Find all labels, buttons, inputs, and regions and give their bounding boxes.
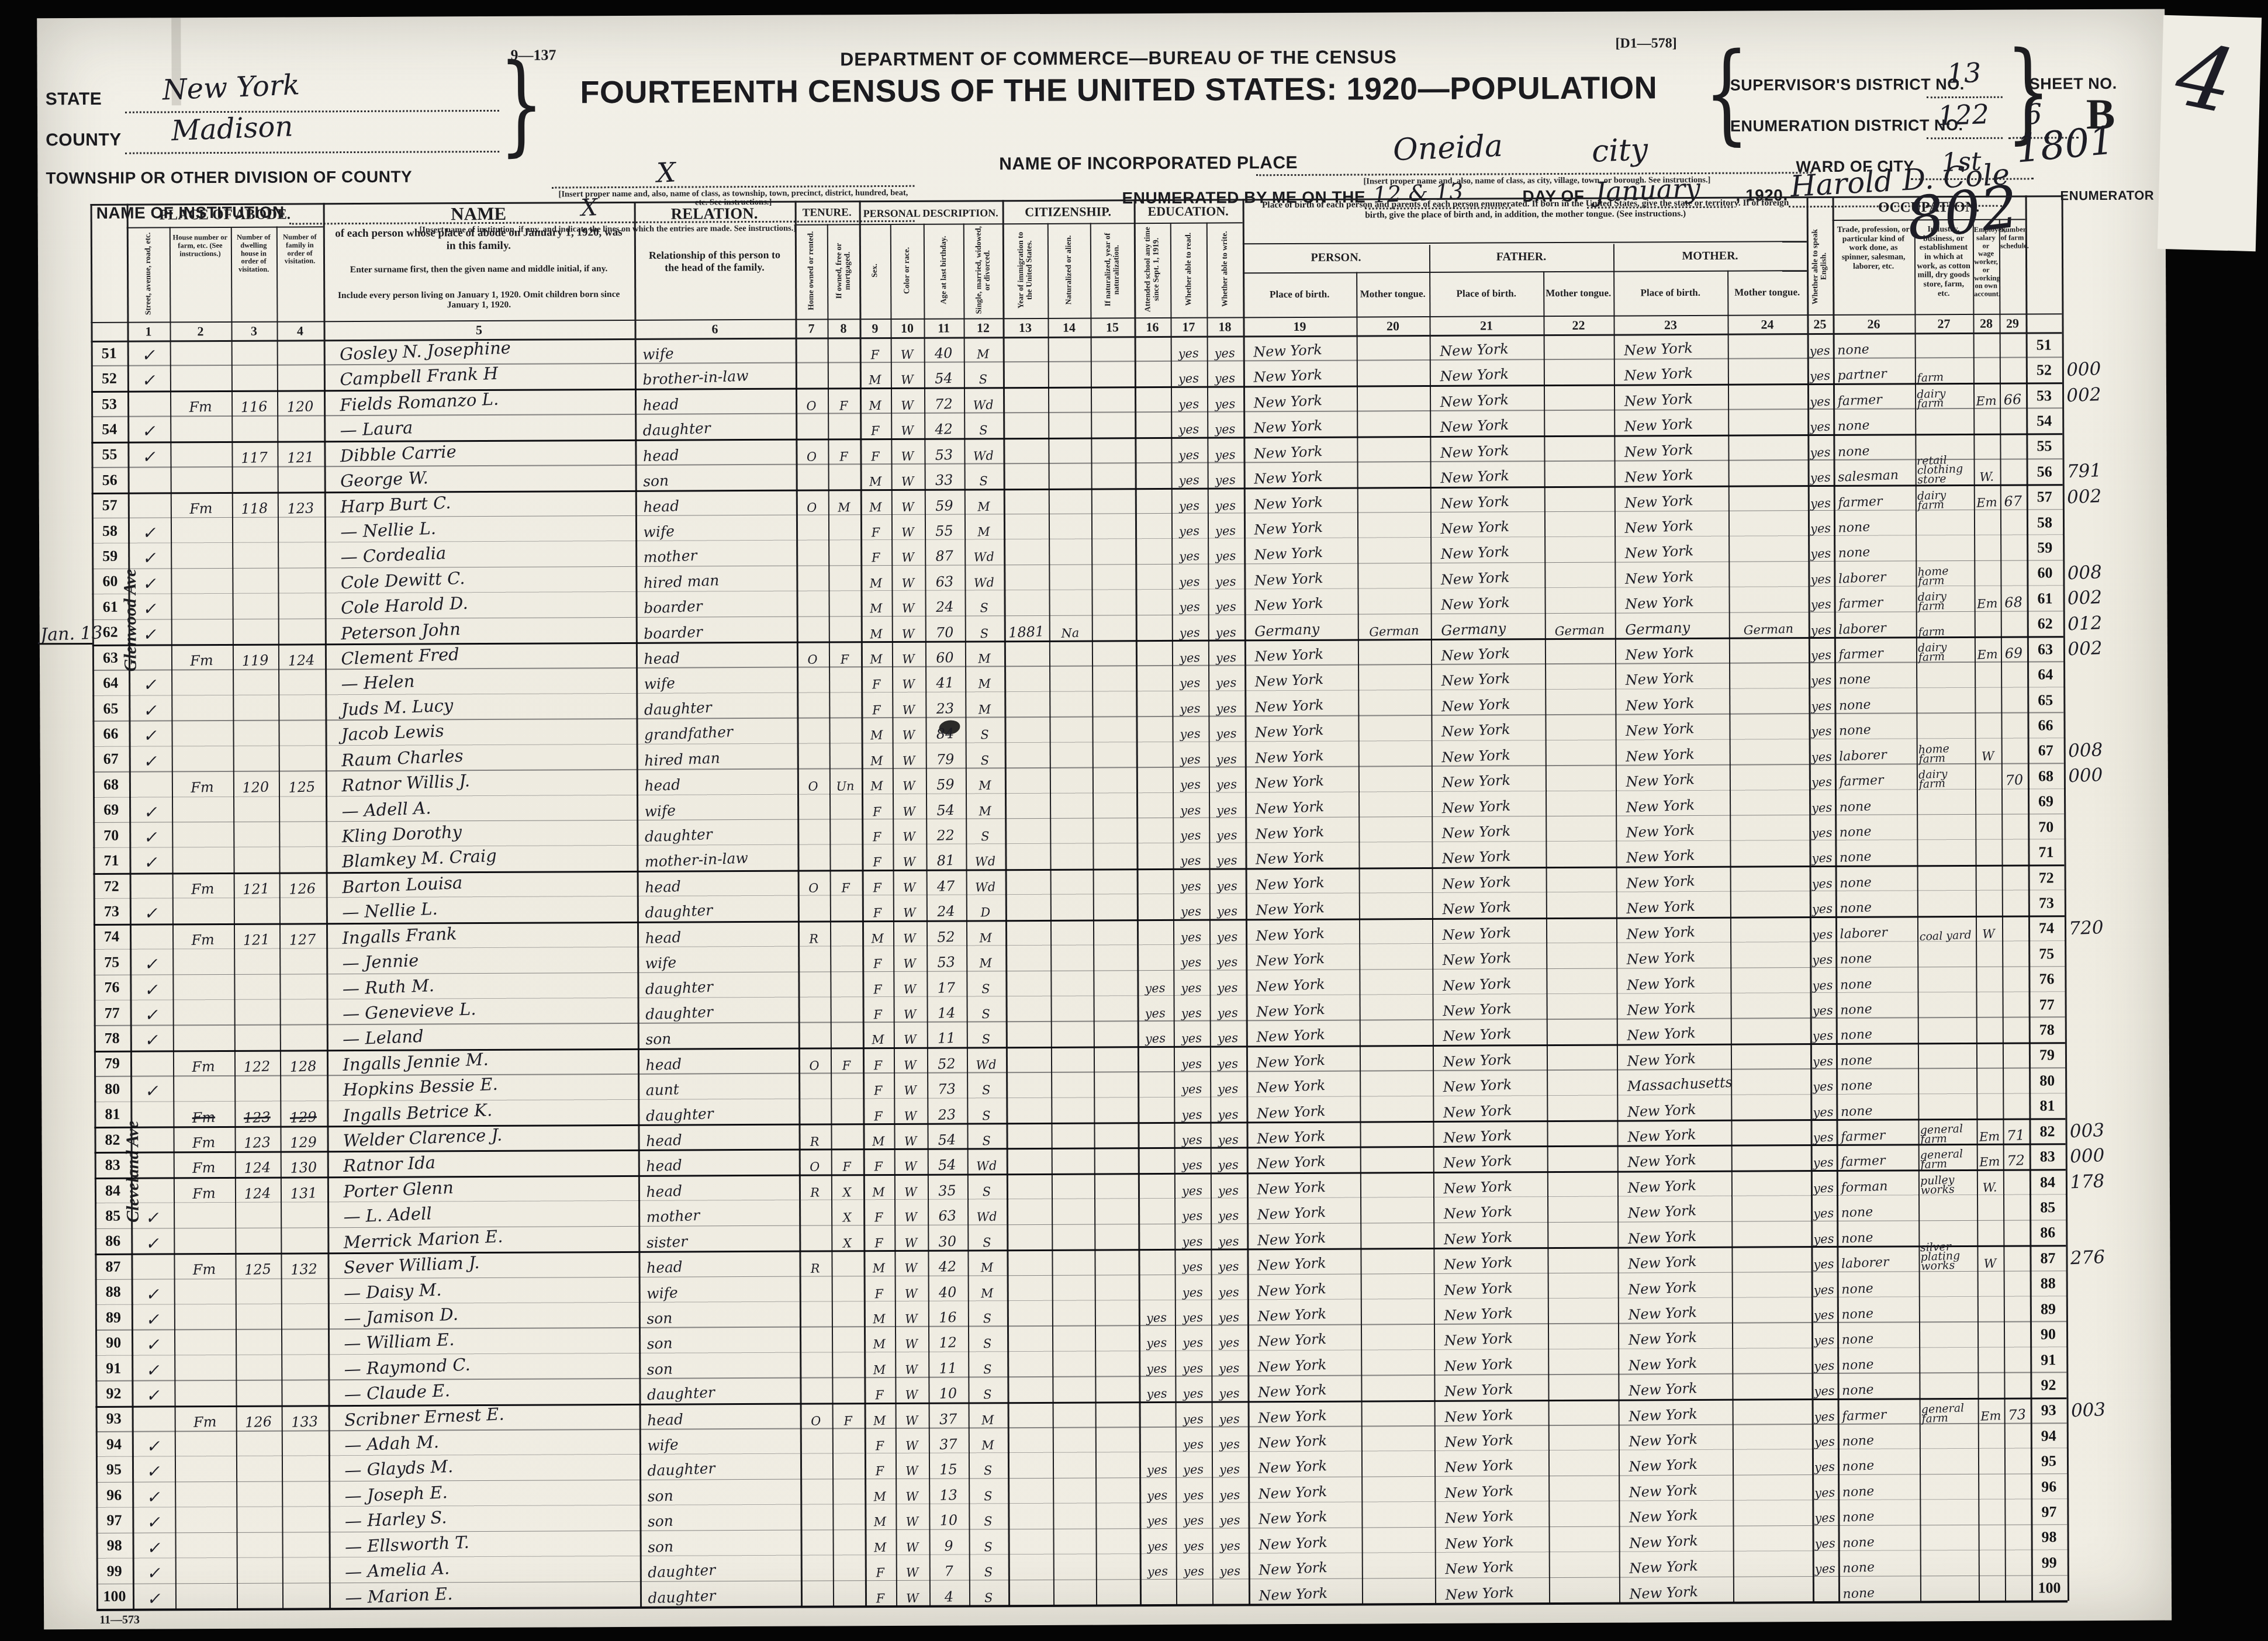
cell-school: yes bbox=[1138, 1451, 1176, 1478]
cell-race: W bbox=[891, 641, 925, 667]
cell-age: 14 bbox=[926, 995, 967, 1022]
margin-number: 002 bbox=[2068, 637, 2124, 660]
cell-race: W bbox=[894, 1275, 928, 1301]
row-number-right: 65 bbox=[2027, 687, 2063, 713]
cell-age: 63 bbox=[927, 1198, 968, 1225]
group-education: EDUCATION. bbox=[1134, 203, 1243, 219]
row-number-right: 79 bbox=[2029, 1043, 2065, 1068]
cell-age: 70 bbox=[924, 615, 965, 642]
cell-emp: Em bbox=[1972, 382, 2000, 408]
column-number-11: 11 bbox=[924, 320, 963, 335]
row-number-right: 92 bbox=[2030, 1372, 2066, 1398]
cell-age: 52 bbox=[925, 919, 966, 946]
cell-english: yes bbox=[1807, 611, 1834, 638]
header-line bbox=[1243, 241, 1807, 244]
cell-write: yes bbox=[1206, 512, 1244, 539]
row-number-left: 85 bbox=[95, 1203, 131, 1229]
row-number-right: 98 bbox=[2031, 1525, 2067, 1550]
pob-sub-label: Place of birth. bbox=[1613, 287, 1727, 299]
cell-read: yes bbox=[1174, 1375, 1212, 1402]
cell-age: 60 bbox=[924, 640, 965, 667]
column-line-minor bbox=[276, 227, 283, 1609]
row-number-right: 58 bbox=[2027, 510, 2063, 535]
group-name-desc1: of each person whose place of abode on J… bbox=[330, 226, 627, 253]
row-number-right: 74 bbox=[2028, 916, 2065, 941]
cell-family: 120 bbox=[276, 389, 324, 416]
cell-trade: farmer bbox=[1832, 380, 1920, 409]
cell-write: yes bbox=[1208, 892, 1246, 919]
row-number-left: 97 bbox=[96, 1508, 132, 1533]
row-number-left: 94 bbox=[96, 1432, 132, 1457]
cell-marital: S bbox=[966, 995, 1006, 1022]
cell-sex: F bbox=[859, 336, 891, 362]
cell-marital: Wd bbox=[966, 1046, 1006, 1073]
cell-trade: none bbox=[1835, 989, 1923, 1018]
cell-age: 15 bbox=[928, 1452, 969, 1479]
cell-read: yes bbox=[1172, 918, 1209, 945]
row-number-left: 68 bbox=[93, 772, 129, 798]
cell-mortgage: F bbox=[827, 387, 860, 414]
cell-text: dairy farm bbox=[1917, 591, 1976, 612]
cell-english: yes bbox=[1811, 1525, 1838, 1551]
cell-trade: none bbox=[1837, 1370, 1924, 1398]
cell-sex: M bbox=[861, 920, 893, 946]
row-number-right: 62 bbox=[2027, 611, 2063, 637]
row-number-right: 82 bbox=[2029, 1119, 2065, 1144]
cell-read: yes bbox=[1171, 766, 1209, 793]
cell-pob_f: New York bbox=[1433, 1244, 1558, 1274]
cell-race: W bbox=[895, 1503, 929, 1530]
cell-street: ✓ bbox=[132, 1557, 175, 1584]
cell-street: ✓ bbox=[132, 1506, 175, 1533]
cell-marital: S bbox=[964, 589, 1004, 616]
cell-sex: F bbox=[863, 1275, 895, 1301]
cell-read: yes bbox=[1174, 1451, 1212, 1478]
cell-marital: S bbox=[968, 1553, 1008, 1580]
margin-number: 720 bbox=[2069, 916, 2125, 939]
row-number-left: 54 bbox=[91, 417, 127, 442]
cell-english: yes bbox=[1807, 459, 1834, 486]
cell-write: yes bbox=[1208, 664, 1245, 691]
cell-race: W bbox=[891, 792, 926, 819]
cell-sex: M bbox=[863, 1326, 895, 1352]
cell-write: yes bbox=[1211, 1552, 1249, 1579]
cell-sex: M bbox=[860, 641, 892, 667]
cell-write: yes bbox=[1211, 1451, 1248, 1478]
cell-sex: F bbox=[859, 412, 891, 438]
cell-mortgage: F bbox=[830, 1148, 863, 1175]
row-number-right: 96 bbox=[2031, 1474, 2067, 1500]
cell-trade: laborer bbox=[1834, 736, 1921, 764]
cell-english: yes bbox=[1810, 1246, 1837, 1272]
row-number-right: 77 bbox=[2029, 992, 2065, 1017]
column-label-english: Whether able to speak English. bbox=[1807, 222, 1833, 311]
cell-mortgage: Un bbox=[828, 767, 862, 794]
cell-marital: M bbox=[964, 665, 1005, 692]
cell-english: yes bbox=[1810, 1093, 1837, 1120]
column-number-20: 20 bbox=[1356, 318, 1429, 334]
cell-mt: German bbox=[1357, 611, 1431, 639]
cell-industry: general farm bbox=[1918, 1396, 1980, 1424]
margin-number: 002 bbox=[2067, 586, 2123, 610]
cell-race: W bbox=[890, 412, 925, 439]
cell-race: W bbox=[893, 945, 927, 972]
cell-marital: S bbox=[967, 1325, 1007, 1352]
cell-read: yes bbox=[1174, 1400, 1212, 1427]
cell-marital: Wd bbox=[967, 1198, 1007, 1225]
cell-english: yes bbox=[1809, 1043, 1836, 1069]
group-relation-desc: Relationship of this person to the head … bbox=[643, 249, 786, 273]
cell-trade: forman bbox=[1835, 1167, 1923, 1196]
column-label-text: Street, avenue, road, etc. bbox=[144, 233, 153, 316]
cell-race: W bbox=[894, 1325, 928, 1352]
margin-number: 000 bbox=[2069, 1144, 2125, 1168]
cell-marital: S bbox=[968, 1578, 1008, 1605]
header-line bbox=[127, 226, 323, 228]
column-line-minor bbox=[1973, 219, 1980, 1601]
cell-house: Fm bbox=[169, 389, 231, 416]
cell-dwelling: 123 bbox=[234, 1125, 281, 1152]
cell-street: ✓ bbox=[129, 1024, 173, 1051]
row-number-right: 63 bbox=[2027, 636, 2063, 662]
cell-english: yes bbox=[1808, 789, 1835, 815]
cell-marital: Wd bbox=[966, 1147, 1007, 1174]
cell-read: yes bbox=[1173, 1045, 1210, 1072]
cell-age: 37 bbox=[928, 1401, 969, 1428]
cell-age: 42 bbox=[927, 1249, 968, 1276]
row-number-left: 86 bbox=[95, 1228, 131, 1254]
cell-sex: F bbox=[860, 666, 893, 693]
cell-street: ✓ bbox=[130, 1303, 174, 1330]
column-number-24: 24 bbox=[1727, 317, 1807, 333]
cell-english: yes bbox=[1810, 1220, 1837, 1247]
row-number-right: 85 bbox=[2030, 1195, 2066, 1221]
cell-english: yes bbox=[1807, 434, 1834, 460]
cell-age: 53 bbox=[926, 944, 967, 971]
column-label-family: Number of family in order of visitation. bbox=[278, 233, 322, 265]
cell-write: yes bbox=[1206, 487, 1244, 514]
cell-age: 81 bbox=[925, 843, 966, 870]
cell-read: yes bbox=[1172, 893, 1209, 920]
cell-marital: S bbox=[963, 361, 1003, 387]
cell-english: yes bbox=[1810, 1322, 1837, 1348]
cell-dwelling: 124 bbox=[234, 1176, 281, 1203]
column-line-minor bbox=[1047, 223, 1055, 1605]
cell-emp: W. bbox=[1976, 1169, 2003, 1195]
column-number-3: 3 bbox=[231, 324, 276, 339]
cell-school: yes bbox=[1139, 1477, 1176, 1504]
cell-marital: S bbox=[967, 1452, 1008, 1479]
cell-pob_f: New York bbox=[1432, 939, 1557, 970]
row-number-left: 64 bbox=[92, 670, 129, 696]
cell-pob_f: New York bbox=[1429, 457, 1555, 487]
row-number-right: 75 bbox=[2028, 941, 2065, 967]
cell-text: pulley works bbox=[1920, 1174, 1979, 1195]
cell-marital: M bbox=[967, 1274, 1007, 1301]
cell-sex: F bbox=[863, 1453, 896, 1479]
cell-trade: none bbox=[1837, 1446, 1924, 1475]
cell-street: ✓ bbox=[130, 1278, 174, 1304]
cell-industry: farm bbox=[1914, 356, 1976, 383]
row-number-right: 68 bbox=[2028, 763, 2064, 789]
cell-race: W bbox=[892, 894, 926, 921]
cell-read: yes bbox=[1170, 385, 1207, 412]
cell-trade: none bbox=[1836, 1218, 1924, 1247]
cell-emp: Em bbox=[1977, 1397, 2004, 1424]
cell-pob_f: New York bbox=[1430, 584, 1555, 614]
cell-age: 84 bbox=[925, 716, 966, 743]
cell-text: dairy farm bbox=[1917, 489, 1976, 510]
row-number-right: 73 bbox=[2028, 890, 2065, 916]
cell-trade: none bbox=[1834, 710, 1921, 739]
cell-trade: none bbox=[1837, 1522, 1925, 1551]
margin-number: 008 bbox=[2068, 738, 2124, 761]
cell-text: general farm bbox=[1920, 1149, 1979, 1170]
cell-english: yes bbox=[1809, 916, 1835, 942]
cell-dwelling: 122 bbox=[233, 1049, 280, 1076]
cell-write: yes bbox=[1210, 1248, 1247, 1275]
cell-age: 13 bbox=[928, 1477, 969, 1504]
cell-sex: M bbox=[863, 1402, 896, 1428]
cell-read: yes bbox=[1175, 1553, 1212, 1580]
cell-dwelling: 124 bbox=[234, 1150, 281, 1177]
row-number-left: 52 bbox=[91, 366, 127, 392]
cell-read: yes bbox=[1173, 1071, 1211, 1098]
cell-marital: S bbox=[966, 1173, 1007, 1200]
cell-street: ✓ bbox=[132, 1582, 175, 1609]
cell-marital: M bbox=[964, 640, 1004, 667]
cell-trade: salesman bbox=[1833, 456, 1920, 485]
cell-trade: laborer bbox=[1833, 609, 1921, 638]
cell-school: yes bbox=[1136, 969, 1174, 996]
cell-read: yes bbox=[1174, 1197, 1211, 1224]
row-number-right: 71 bbox=[2028, 840, 2064, 865]
cell-pob: New York bbox=[1244, 762, 1369, 792]
cell-marital: M bbox=[963, 335, 1003, 362]
cell-english: yes bbox=[1809, 992, 1836, 1018]
cell-street: ✓ bbox=[127, 567, 171, 594]
group-place-of-abode: PLACE OF ABODE. bbox=[127, 206, 323, 223]
cell-age: 37 bbox=[928, 1427, 969, 1453]
cell-mortgage: X bbox=[831, 1224, 864, 1251]
cell-read: yes bbox=[1171, 664, 1209, 691]
row-number-left: 81 bbox=[94, 1102, 130, 1127]
row-number-right: 72 bbox=[2028, 865, 2065, 891]
cell-house: Fm bbox=[173, 1251, 236, 1279]
row-number-right: 91 bbox=[2030, 1347, 2066, 1373]
cell-marital: S bbox=[968, 1477, 1008, 1504]
column-label-immig: Year of immigration to the United States… bbox=[1002, 226, 1048, 314]
row-number-left: 95 bbox=[96, 1457, 132, 1483]
cell-write: yes bbox=[1211, 1425, 1248, 1452]
cell-text: general farm bbox=[1921, 1403, 1980, 1424]
cell-trade: farmer bbox=[1833, 634, 1921, 663]
cell-read: yes bbox=[1175, 1527, 1212, 1554]
cell-house: Fm bbox=[172, 1099, 235, 1127]
row-number-left: 72 bbox=[94, 873, 130, 899]
column-number-15: 15 bbox=[1090, 320, 1134, 335]
cell-age: 23 bbox=[925, 691, 966, 718]
cell-race: W bbox=[894, 1199, 928, 1225]
cell-sex: F bbox=[863, 1376, 896, 1403]
cell-mt_m: German bbox=[1728, 610, 1809, 638]
cell-marital: Wd bbox=[965, 843, 1005, 870]
cell-trade: none bbox=[1835, 1065, 1923, 1094]
cell-street: ✓ bbox=[129, 973, 173, 1000]
cell-trade: partner bbox=[1832, 355, 1920, 384]
cell-marital: S bbox=[968, 1528, 1008, 1555]
row-number-right: 76 bbox=[2028, 967, 2065, 992]
cell-write: yes bbox=[1209, 1172, 1247, 1199]
cell-age: 54 bbox=[925, 792, 966, 819]
cell-read: yes bbox=[1170, 436, 1208, 463]
cell-english: yes bbox=[1807, 484, 1834, 511]
row-number-left: 61 bbox=[92, 594, 129, 620]
group-personal: PERSONAL DESCRIPTION. bbox=[859, 207, 1002, 220]
cell-marital: M bbox=[963, 487, 1004, 514]
row-number-right: 54 bbox=[2026, 408, 2062, 434]
cell-street: ✓ bbox=[132, 1481, 175, 1508]
cell-race: W bbox=[890, 387, 924, 414]
cell-emp: W bbox=[1975, 915, 2002, 941]
cell-age: 24 bbox=[924, 589, 965, 616]
cell-write: yes bbox=[1206, 436, 1244, 463]
cell-marital: S bbox=[967, 1224, 1007, 1251]
column-label-text: Age at last birthday. bbox=[939, 236, 948, 304]
cell-industry: dairy farm bbox=[1914, 381, 1976, 408]
cell-english: yes bbox=[1807, 510, 1834, 536]
cell-trade: none bbox=[1837, 1472, 1925, 1500]
cell-farm: 67 bbox=[1999, 483, 2027, 510]
row-number-left: 77 bbox=[94, 1000, 130, 1026]
row-number-left: 96 bbox=[96, 1483, 132, 1508]
cell-age: 52 bbox=[926, 1046, 967, 1073]
row-number-right: 93 bbox=[2031, 1398, 2067, 1424]
row-number-left: 83 bbox=[95, 1152, 131, 1178]
cell-family: 123 bbox=[276, 490, 324, 518]
cell-industry: pulley works bbox=[1917, 1168, 1979, 1195]
margin-number: 002 bbox=[2066, 484, 2122, 508]
cell-english: yes bbox=[1811, 1500, 1838, 1526]
cell-family: 131 bbox=[279, 1175, 327, 1203]
cell-farm: 73 bbox=[2003, 1397, 2031, 1424]
cell-english: yes bbox=[1809, 891, 1835, 917]
cell-street: ✓ bbox=[129, 948, 173, 975]
cell-read: yes bbox=[1173, 1172, 1211, 1199]
cell-read: yes bbox=[1170, 487, 1208, 514]
cell-mortgage: F bbox=[829, 1047, 863, 1074]
cell-race: W bbox=[893, 1148, 928, 1175]
row-number-left: 98 bbox=[96, 1533, 133, 1559]
cell-write: yes bbox=[1207, 588, 1244, 615]
cell-race: W bbox=[893, 1097, 928, 1124]
cell-write: yes bbox=[1208, 715, 1245, 742]
cell-race: W bbox=[894, 1452, 929, 1479]
cell-race: W bbox=[891, 565, 925, 591]
cell-english: yes bbox=[1807, 586, 1834, 612]
cell-read: yes bbox=[1171, 791, 1209, 818]
cell-dwelling: 123 bbox=[234, 1099, 281, 1126]
row-number-right: 94 bbox=[2031, 1423, 2067, 1449]
cell-write: yes bbox=[1209, 943, 1246, 970]
group-name-desc2: Enter surname first, then the given name… bbox=[330, 264, 627, 275]
cell-trade: none bbox=[1832, 330, 1920, 358]
row-number-left: 90 bbox=[95, 1330, 132, 1356]
column-label-house: House number or farm, etc. (See instruct… bbox=[171, 234, 230, 258]
cell-text: dairy farm bbox=[1917, 387, 1976, 408]
row-number-left: 51 bbox=[91, 341, 127, 366]
row-number-left: 79 bbox=[94, 1051, 130, 1076]
cell-write: yes bbox=[1211, 1476, 1249, 1503]
pob-sub-label: Place of birth. bbox=[1429, 288, 1543, 300]
cell-family: 130 bbox=[279, 1150, 327, 1178]
cell-english: yes bbox=[1810, 1144, 1837, 1171]
cell-family: 129 bbox=[279, 1124, 327, 1152]
group-tenure: TENURE. bbox=[795, 206, 859, 219]
cell-read: yes bbox=[1173, 1121, 1211, 1148]
margin-number: 008 bbox=[2067, 560, 2123, 584]
cell-dwelling: 116 bbox=[230, 389, 277, 416]
cell-text: home farm bbox=[1918, 743, 1977, 764]
row-number-left: 55 bbox=[91, 442, 127, 468]
cell-write: yes bbox=[1208, 842, 1246, 869]
cell-marital: S bbox=[964, 742, 1005, 768]
cell-age: 72 bbox=[923, 386, 964, 413]
cell-write: yes bbox=[1210, 1324, 1247, 1351]
mother-tongue-sub-label: Mother tongue. bbox=[1727, 286, 1807, 299]
cell-trade: none bbox=[1837, 1573, 1925, 1602]
cell-marital: Wd bbox=[964, 564, 1004, 591]
cell-pob: New York bbox=[1247, 1574, 1372, 1605]
cell-race: W bbox=[893, 1173, 928, 1200]
cell-street: ✓ bbox=[127, 618, 171, 645]
cell-street: ✓ bbox=[128, 719, 172, 746]
column-label-text: If owned, free or mortgaged. bbox=[835, 226, 852, 315]
row-number-right: 64 bbox=[2027, 662, 2063, 688]
cell-emp: Em bbox=[1976, 1144, 2003, 1170]
row-number-left: 70 bbox=[93, 823, 129, 849]
cell-read: yes bbox=[1171, 614, 1208, 641]
row-number-right: 90 bbox=[2030, 1322, 2066, 1348]
column-line-minor bbox=[827, 224, 834, 1606]
cell-english: yes bbox=[1807, 408, 1834, 435]
cell-marital: S bbox=[968, 1502, 1008, 1529]
column-number-17: 17 bbox=[1170, 320, 1206, 335]
cell-house: Fm bbox=[170, 490, 232, 518]
cell-sex: F bbox=[859, 514, 891, 540]
cell-age: 33 bbox=[924, 462, 964, 489]
cell-trade: none bbox=[1834, 787, 1921, 815]
cell-race: W bbox=[892, 919, 926, 946]
cell-street: ✓ bbox=[127, 517, 171, 543]
cell-sex: F bbox=[862, 996, 894, 1022]
cell-english: yes bbox=[1810, 1068, 1837, 1095]
cell-write: yes bbox=[1210, 1223, 1247, 1249]
cell-emp: Em bbox=[1973, 636, 2001, 662]
cell-age: 59 bbox=[924, 488, 964, 515]
row-number-left: 89 bbox=[95, 1305, 132, 1331]
cell-school: yes bbox=[1139, 1527, 1176, 1554]
cell-mortgage: X bbox=[831, 1199, 864, 1226]
cell-house: Fm bbox=[171, 871, 234, 898]
cell-race: W bbox=[894, 1249, 928, 1276]
cell-sex: M bbox=[859, 489, 891, 515]
cell-read: yes bbox=[1171, 588, 1208, 615]
cell-marital: M bbox=[967, 1401, 1008, 1428]
column-number-4: 4 bbox=[276, 323, 323, 338]
cell-family: 133 bbox=[281, 1404, 329, 1431]
cell-race: W bbox=[891, 691, 926, 718]
